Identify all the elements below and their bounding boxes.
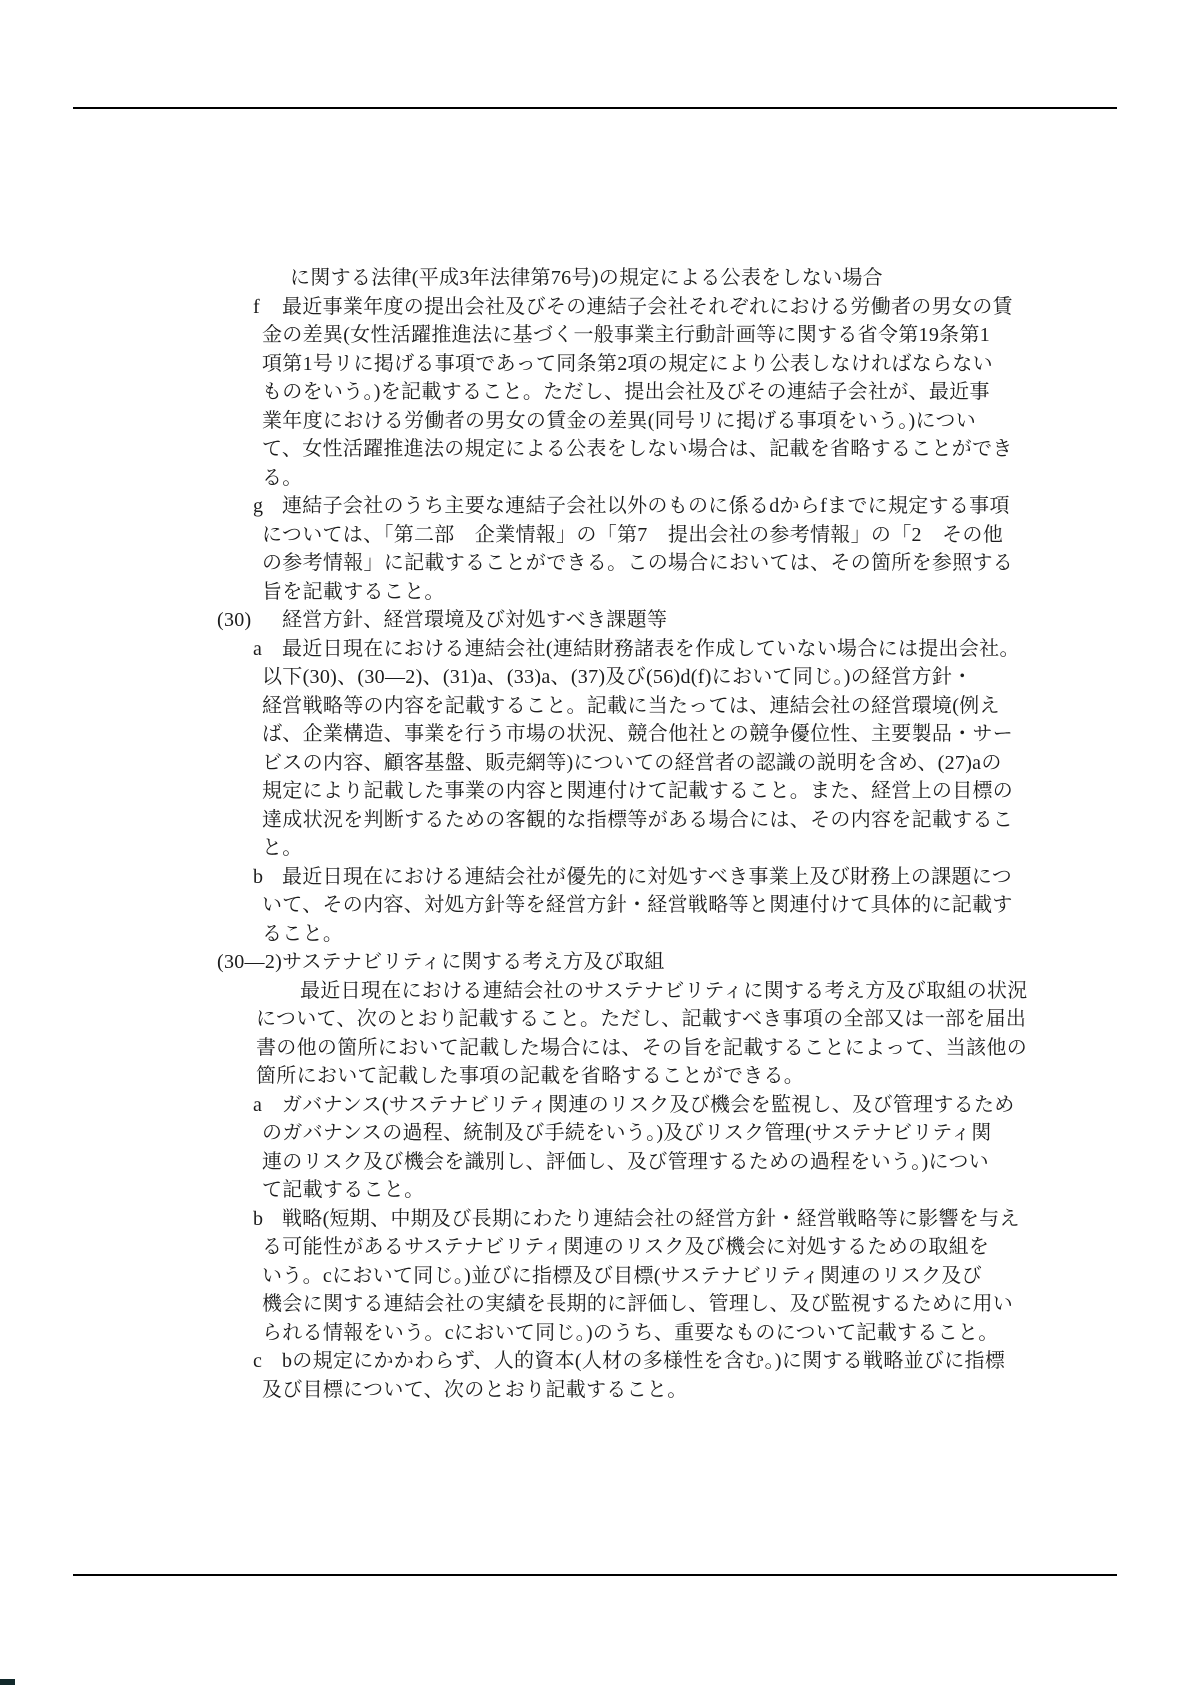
line-marker: (30―2) <box>217 948 282 977</box>
text-line: ものをいう。)を記載すること。ただし、提出会社及びその連結子会社が、最近事 <box>0 378 1192 407</box>
line-text: 項第1号リに掲げる事項であって同条第2項の規定により公表しなければならない <box>262 353 993 375</box>
line-text: 以下(30)、(30―2)、(31)a、(33)a、(37)及び(56)d(f)… <box>262 666 973 688</box>
line-text: に関する法律(平成3年法律第76号)の規定による公表をしない場合 <box>290 267 883 289</box>
text-line: 金の差異(女性活躍推進法に基づく一般事業主行動計画等に関する省令第19条第1 <box>0 321 1192 350</box>
text-line: 業年度における労働者の男女の賃金の差異(同号リに掲げる事項をいう。)につい <box>0 407 1192 436</box>
line-text: 機会に関する連結会社の実績を長期的に評価し、管理し、及び監視するために用い <box>262 1293 1013 1315</box>
line-marker: (30) <box>217 606 282 635</box>
text-line: 箇所において記載した事項の記載を省略することができる。 <box>0 1062 1192 1091</box>
line-text: ものをいう。)を記載すること。ただし、提出会社及びその連結子会社が、最近事 <box>262 381 990 403</box>
line-text: 書の他の箇所において記載した場合には、その旨を記載することによって、当該他の <box>256 1037 1027 1059</box>
line-text: 箇所において記載した事項の記載を省略することができる。 <box>256 1065 804 1087</box>
line-marker: f <box>253 293 282 322</box>
text-line: (30―2)サステナビリティに関する考え方及び取組 <box>0 948 1192 977</box>
line-text: て記載すること。 <box>262 1179 424 1201</box>
top-rule <box>73 107 1117 109</box>
text-line: られる情報をいう。cにおいて同じ。)のうち、重要なものについて記載すること。 <box>0 1319 1192 1348</box>
text-line: f最近事業年度の提出会社及びその連結子会社それぞれにおける労働者の男女の賃 <box>0 293 1192 322</box>
text-line: いて、その内容、対処方針等を経営方針・経営戦略等と関連付けて具体的に記載す <box>0 891 1192 920</box>
text-line: 旨を記載すること。 <box>0 578 1192 607</box>
line-text: ば、企業構造、事業を行う市場の状況、競合他社との競争優位性、主要製品・サー <box>262 723 1013 745</box>
text-line: g連結子会社のうち主要な連結子会社以外のものに係るdからfまでに規定する事項 <box>0 492 1192 521</box>
text-line: 達成状況を判断するための客観的な指標等がある場合には、その内容を記載するこ <box>0 806 1192 835</box>
text-line: る。 <box>0 464 1192 493</box>
text-line: 機会に関する連結会社の実績を長期的に評価し、管理し、及び監視するために用い <box>0 1290 1192 1319</box>
text-line: いう。cにおいて同じ。)並びに指標及び目標(サステナビリティ関連のリスク及び <box>0 1262 1192 1291</box>
line-marker: c <box>253 1347 282 1376</box>
document-page: に関する法律(平成3年法律第76号)の規定による公表をしない場合f最近事業年度の… <box>0 0 1192 1685</box>
line-text: 最近事業年度の提出会社及びその連結子会社それぞれにおける労働者の男女の賃 <box>282 296 1013 318</box>
line-text: 最近日現在における連結会社(連結財務諸表を作成していない場合には提出会社。 <box>282 638 1020 660</box>
text-line: 項第1号リに掲げる事項であって同条第2項の規定により公表しなければならない <box>0 350 1192 379</box>
line-text: のガバナンスの過程、統制及び手続をいう。)及びリスク管理(サステナビリティ関 <box>262 1122 992 1144</box>
text-line: について、次のとおり記載すること。ただし、記載すべき事項の全部又は一部を届出 <box>0 1005 1192 1034</box>
text-line: aガバナンス(サステナビリティ関連のリスク及び機会を監視し、及び管理するため <box>0 1091 1192 1120</box>
line-text: いて、その内容、対処方針等を経営方針・経営戦略等と関連付けて具体的に記載す <box>262 894 1013 916</box>
scan-artifact <box>0 1679 15 1685</box>
text-line: 以下(30)、(30―2)、(31)a、(33)a、(37)及び(56)d(f)… <box>0 663 1192 692</box>
text-line: b戦略(短期、中期及び長期にわたり連結会社の経営方針・経営戦略等に影響を与え <box>0 1205 1192 1234</box>
text-line: ば、企業構造、事業を行う市場の状況、競合他社との競争優位性、主要製品・サー <box>0 720 1192 749</box>
line-text: 達成状況を判断するための客観的な指標等がある場合には、その内容を記載するこ <box>262 809 1013 831</box>
text-line: のガバナンスの過程、統制及び手続をいう。)及びリスク管理(サステナビリティ関 <box>0 1119 1192 1148</box>
line-text: については、「第二部 企業情報」の「第7 提出会社の参考情報」の「2 その他 <box>262 524 1003 546</box>
line-marker: b <box>253 1205 282 1234</box>
line-text: 金の差異(女性活躍推進法に基づく一般事業主行動計画等に関する省令第19条第1 <box>262 324 990 346</box>
line-text: る可能性があるサステナビリティ関連のリスク及び機会に対処するための取組を <box>262 1236 989 1258</box>
line-text: 及び目標について、次のとおり記載すること。 <box>262 1379 688 1401</box>
line-text: 戦略(短期、中期及び長期にわたり連結会社の経営方針・経営戦略等に影響を与え <box>282 1208 1020 1230</box>
line-text: 最近日現在における連結会社が優先的に対処すべき事業上及び財務上の課題につ <box>282 866 1012 888</box>
bottom-rule <box>73 1574 1117 1576</box>
line-text: いう。cにおいて同じ。)並びに指標及び目標(サステナビリティ関連のリスク及び <box>262 1265 982 1287</box>
text-line: 経営戦略等の内容を記載すること。記載に当たっては、連結会社の経営環境(例え <box>0 692 1192 721</box>
text-line: と。 <box>0 834 1192 863</box>
text-line: ビスの内容、顧客基盤、販売網等)についての経営者の認識の説明を含め、(27)aの <box>0 749 1192 778</box>
text-line: 規定により記載した事業の内容と関連付けて記載すること。また、経営上の目標の <box>0 777 1192 806</box>
line-text: る。 <box>262 467 303 489</box>
line-marker: g <box>253 492 282 521</box>
line-text: 連結子会社のうち主要な連結子会社以外のものに係るdからfまでに規定する事項 <box>282 495 1010 517</box>
text-line: る可能性があるサステナビリティ関連のリスク及び機会に対処するための取組を <box>0 1233 1192 1262</box>
line-marker: a <box>253 635 282 664</box>
text-line: て、女性活躍推進法の規定による公表をしない場合は、記載を省略することができ <box>0 435 1192 464</box>
line-text: ガバナンス(サステナビリティ関連のリスク及び機会を監視し、及び管理するため <box>282 1094 1015 1116</box>
line-text: て、女性活躍推進法の規定による公表をしない場合は、記載を省略することができ <box>262 438 1013 460</box>
line-text: サステナビリティに関する考え方及び取組 <box>282 951 665 973</box>
text-line: cbの規定にかかわらず、人的資本(人材の多様性を含む。)に関する戦略並びに指標 <box>0 1347 1192 1376</box>
line-text: られる情報をいう。cにおいて同じ。)のうち、重要なものについて記載すること。 <box>262 1322 999 1344</box>
text-line: (30)経営方針、経営環境及び対処すべき課題等 <box>0 606 1192 635</box>
text-line: ること。 <box>0 920 1192 949</box>
line-marker: a <box>253 1091 282 1120</box>
line-text: 連のリスク及び機会を識別し、評価し、及び管理するための過程をいう。)につい <box>262 1151 989 1173</box>
line-text: ビスの内容、顧客基盤、販売網等)についての経営者の認識の説明を含め、(27)aの <box>262 752 1002 774</box>
line-text: 経営方針、経営環境及び対処すべき課題等 <box>282 609 667 631</box>
line-text: と。 <box>262 837 303 859</box>
line-marker: b <box>253 863 282 892</box>
document-text-block: に関する法律(平成3年法律第76号)の規定による公表をしない場合f最近事業年度の… <box>0 264 1192 1404</box>
text-line: て記載すること。 <box>0 1176 1192 1205</box>
line-text: 業年度における労働者の男女の賃金の差異(同号リに掲げる事項をいう。)につい <box>262 410 976 432</box>
line-text: 旨を記載すること。 <box>262 581 445 603</box>
line-text: の参考情報」に記載することができる。この場合においては、その箇所を参照する <box>262 552 1013 574</box>
line-text: ること。 <box>262 923 343 945</box>
line-text: bの規定にかかわらず、人的資本(人材の多様性を含む。)に関する戦略並びに指標 <box>282 1350 1005 1372</box>
text-line: a最近日現在における連結会社(連結財務諸表を作成していない場合には提出会社。 <box>0 635 1192 664</box>
text-line: に関する法律(平成3年法律第76号)の規定による公表をしない場合 <box>0 264 1192 293</box>
line-text: 経営戦略等の内容を記載すること。記載に当たっては、連結会社の経営環境(例え <box>262 695 1000 717</box>
text-line: 最近日現在における連結会社のサステナビリティに関する考え方及び取組の状況 <box>0 977 1192 1006</box>
line-text: について、次のとおり記載すること。ただし、記載すべき事項の全部又は一部を届出 <box>256 1008 1026 1030</box>
text-line: 及び目標について、次のとおり記載すること。 <box>0 1376 1192 1405</box>
text-line: b最近日現在における連結会社が優先的に対処すべき事業上及び財務上の課題につ <box>0 863 1192 892</box>
text-line: 書の他の箇所において記載した場合には、その旨を記載することによって、当該他の <box>0 1034 1192 1063</box>
text-line: については、「第二部 企業情報」の「第7 提出会社の参考情報」の「2 その他 <box>0 521 1192 550</box>
text-line: 連のリスク及び機会を識別し、評価し、及び管理するための過程をいう。)につい <box>0 1148 1192 1177</box>
text-line: の参考情報」に記載することができる。この場合においては、その箇所を参照する <box>0 549 1192 578</box>
line-text: 最近日現在における連結会社のサステナビリティに関する考え方及び取組の状況 <box>300 980 1028 1002</box>
line-text: 規定により記載した事業の内容と関連付けて記載すること。また、経営上の目標の <box>262 780 1013 802</box>
